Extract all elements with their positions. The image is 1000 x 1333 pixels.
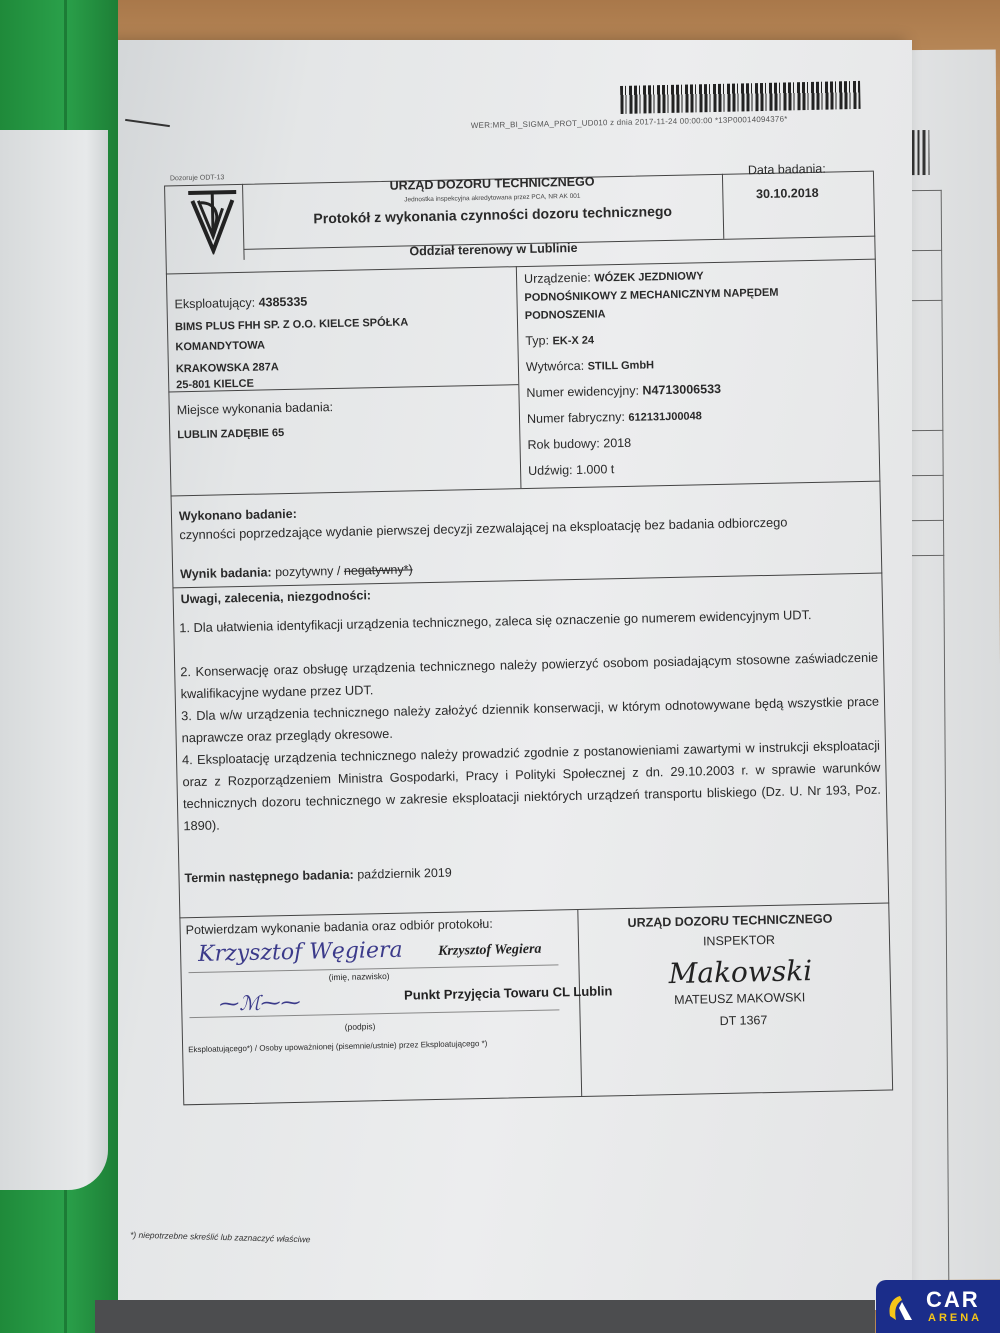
brand-arena: ARENA	[928, 1312, 982, 1324]
device-line3: PODNOSZENIA	[525, 308, 606, 322]
result-positive: pozytywny /	[275, 564, 341, 579]
inspection-performed-label: Wykonano badanie:	[179, 507, 297, 523]
device-capacity: Udźwig: 1.000 t	[528, 462, 614, 478]
device-type: Typ: EK-X 24	[525, 333, 594, 348]
signer-handwritten-signature: Krzysztof Węgiera	[198, 938, 403, 967]
inspector-handwritten-signature: Makowski	[668, 954, 812, 990]
brand-car: CAR	[926, 1287, 980, 1313]
car-arena-logo-icon	[888, 1294, 914, 1322]
operator-name-line2: KOMANDYTOWA	[175, 339, 265, 353]
inspector-name: MATEUSZ MAKOWSKI	[674, 990, 805, 1007]
inspector-id: DT 1367	[720, 1013, 768, 1028]
result-negative: negatywny*)	[344, 562, 413, 577]
device-year: Rok budowy: 2018	[527, 436, 631, 452]
sign-caption: (podpis)	[345, 1021, 376, 1032]
form-code: Dozoruje ODT-13	[170, 174, 225, 182]
operator-label: Eksploatujący: 4385335	[174, 295, 307, 312]
operator-address-line1: KRAKOWSKA 287A	[176, 361, 279, 375]
left-page-curl	[0, 130, 108, 1190]
device-maker: Wytwórca: STILL GmbH	[526, 357, 654, 374]
udt-logo-icon	[182, 186, 243, 255]
car-arena-watermark: CAR ARENA	[876, 1280, 1000, 1333]
binder-bottom-strip	[95, 1300, 875, 1333]
signer-second-signature: ⁓ℳ⁓⁓	[219, 990, 301, 1016]
signer-name-stamp: Krzysztof Wegiera	[438, 942, 542, 960]
inspector-role: INSPEKTOR	[703, 933, 775, 949]
operator-id: 4385335	[258, 295, 307, 310]
remark-item-4: 4. Eksploatację urządzenia technicznego …	[182, 735, 882, 838]
date-value: 30.10.2018	[727, 185, 847, 202]
name-caption: (imię, nazwisko)	[329, 971, 390, 982]
barcode	[620, 81, 861, 114]
date-label: Data badania:	[727, 161, 847, 178]
location-value: LUBLIN ZADĘBIE 65	[177, 427, 284, 441]
operator-address-line2: 25-801 KIELCE	[176, 378, 254, 392]
